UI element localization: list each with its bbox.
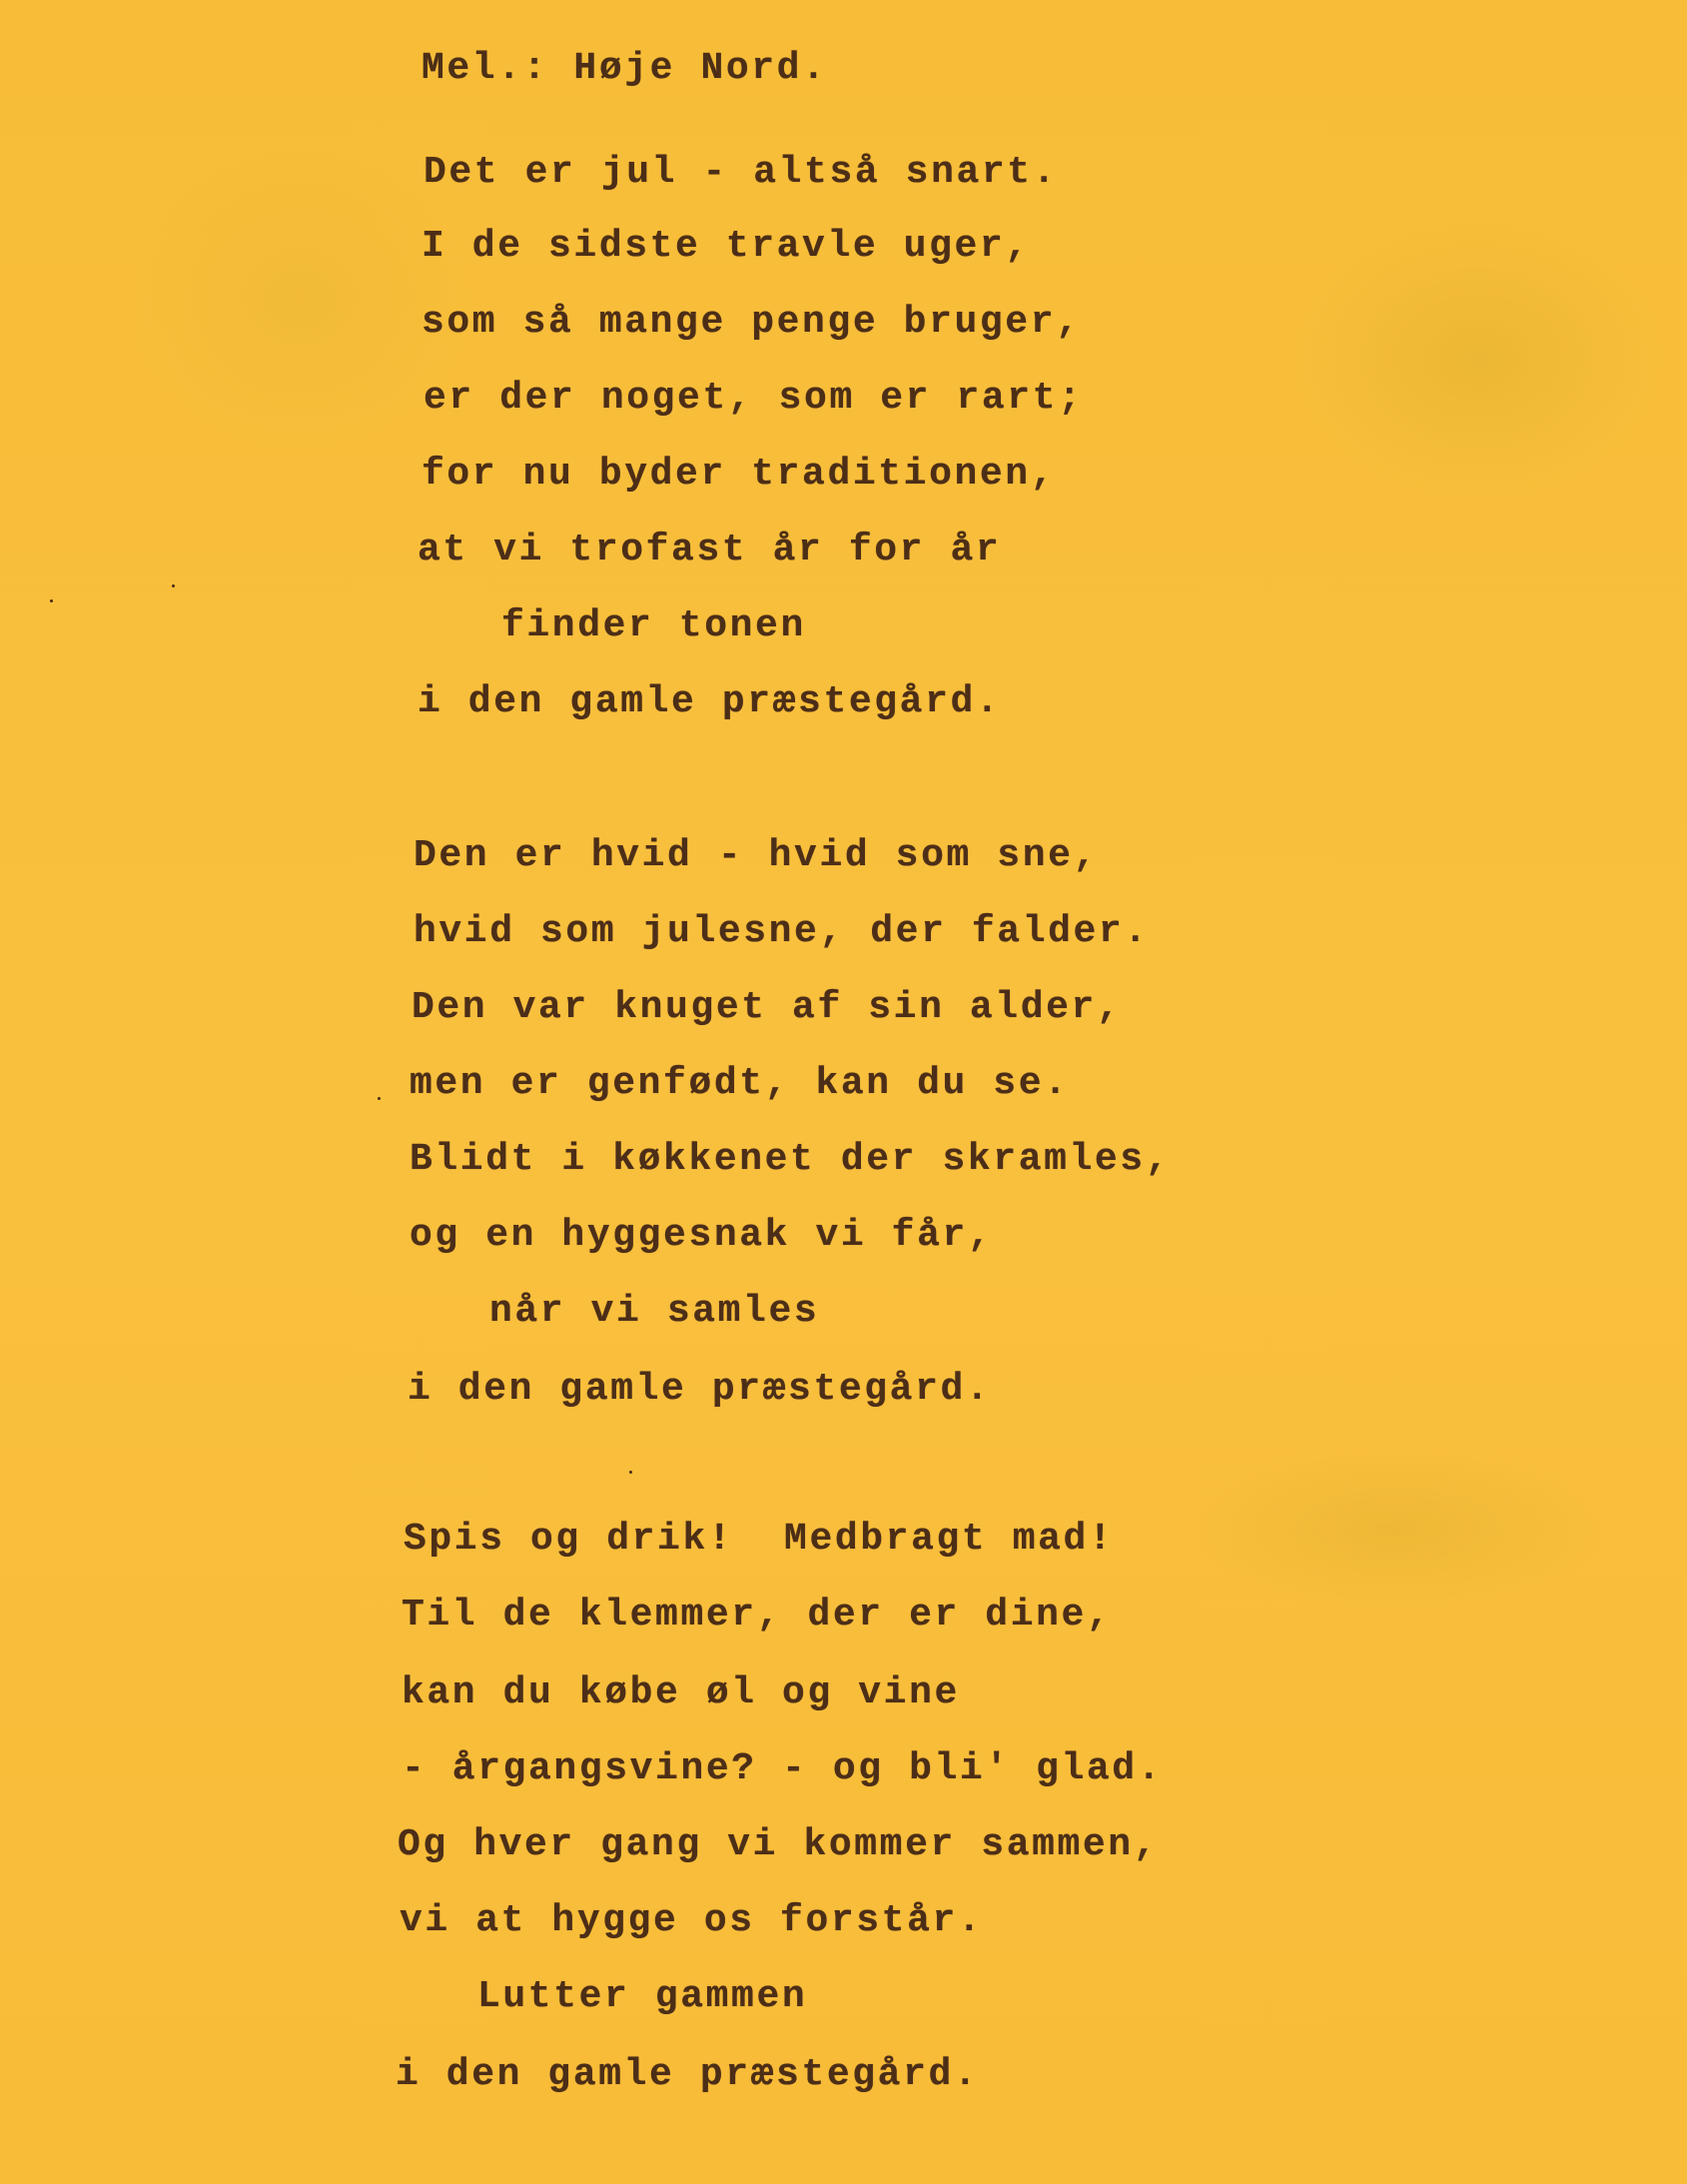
verse-line: vi at hygge os forstår. bbox=[400, 1902, 983, 1940]
verse-line: Det er jul - altså snart. bbox=[423, 154, 1058, 192]
verse-refrain-line: i den gamle præstegård. bbox=[408, 1371, 991, 1409]
verse-line: og en hyggesnak vi får, bbox=[410, 1217, 993, 1255]
ink-speck bbox=[172, 584, 175, 587]
melody-line: Mel.: Høje Nord. bbox=[422, 50, 827, 88]
verse-line: Til de klemmer, der er dine, bbox=[402, 1597, 1112, 1635]
verse-line: som så mange penge bruger, bbox=[422, 304, 1082, 342]
verse-line-indented: finder tonen bbox=[501, 607, 806, 645]
verse-line: for nu byder traditionen, bbox=[422, 456, 1056, 494]
verse-refrain-line: i den gamle præstegård. bbox=[418, 683, 1001, 721]
verse-line: Den er hvid - hvid som sne, bbox=[414, 837, 1099, 875]
ink-speck bbox=[50, 599, 53, 602]
verse-line: Blidt i køkkenet der skramles, bbox=[410, 1141, 1171, 1179]
verse-line: I de sidste travle uger, bbox=[422, 228, 1031, 266]
verse-line: men er genfødt, kan du se. bbox=[410, 1065, 1070, 1103]
verse-refrain-line: i den gamle præstegård. bbox=[396, 2056, 979, 2094]
verse-line: - årgangsvine? - og bli' glad. bbox=[402, 1750, 1163, 1788]
verse-line: Spis og drik! Medbragt mad! bbox=[404, 1521, 1114, 1559]
poem: Mel.: Høje Nord. Det er jul - altså snar… bbox=[0, 0, 1687, 2184]
verse-line-indented: når vi samles bbox=[489, 1293, 819, 1331]
verse-line: at vi trofast år for år bbox=[418, 532, 1001, 569]
ink-speck bbox=[378, 1097, 381, 1100]
verse-line: Og hver gang vi kommer sammen, bbox=[398, 1826, 1159, 1864]
verse-line-indented: Lutter gammen bbox=[477, 1978, 807, 2016]
ink-speck bbox=[629, 1471, 632, 1474]
verse-line: Den var knuget af sin alder, bbox=[412, 989, 1122, 1027]
verse-line: hvid som julesne, der falder. bbox=[414, 913, 1150, 951]
verse-line: kan du købe øl og vine bbox=[402, 1674, 960, 1712]
verse-line: er der noget, som er rart; bbox=[423, 380, 1084, 418]
